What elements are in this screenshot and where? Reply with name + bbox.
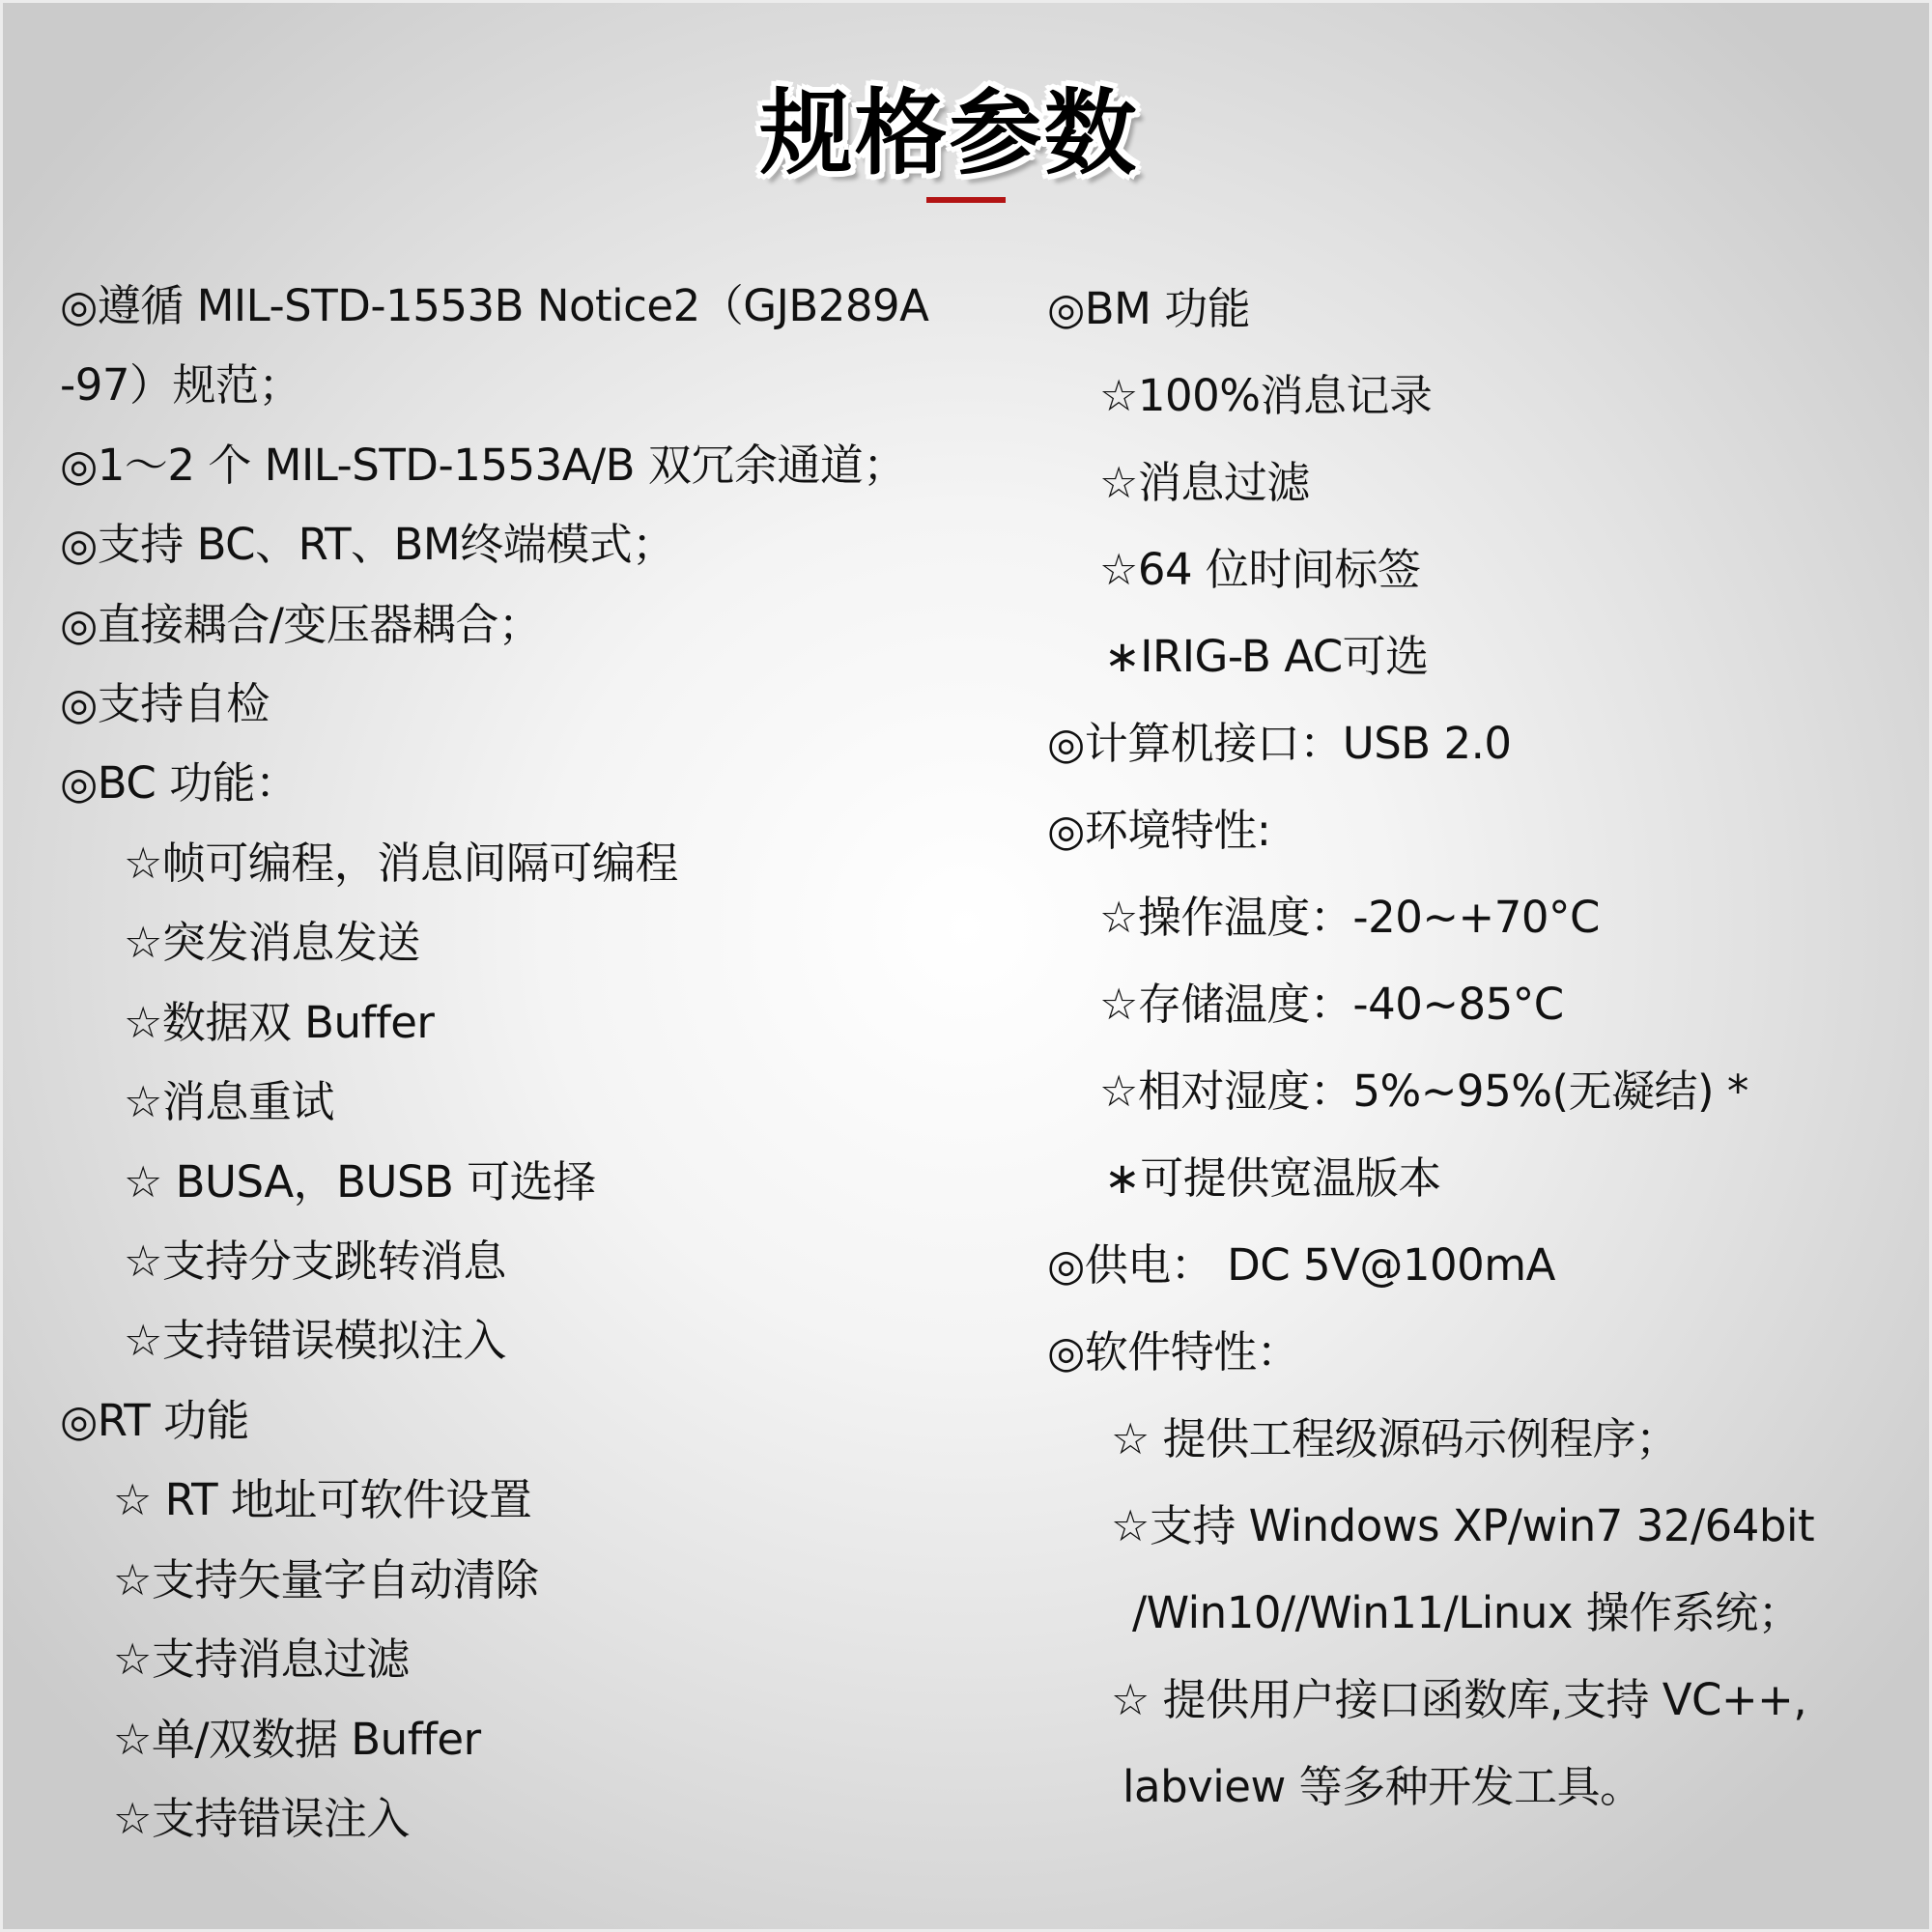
- spec-continuation-line: -97）规范；: [60, 356, 301, 414]
- spec-continuation-line: /Win10//Win11/Linux 操作系统；: [1132, 1584, 1801, 1642]
- spec-sub-item: ☆支持矢量字自动清除: [113, 1551, 538, 1609]
- spec-continuation-line: labview 等多种开发工具。: [1122, 1758, 1643, 1816]
- spec-note-item: ∗IRIG-B AC可选: [1104, 628, 1429, 686]
- spec-sub-item: ☆ 提供用户接口函数库,支持 VC++,: [1111, 1671, 1806, 1729]
- spec-sub-item: ☆消息重试: [124, 1073, 334, 1131]
- spec-note-item: ∗可提供宽温版本: [1104, 1150, 1441, 1207]
- spec-sub-item: ☆单/双数据 Buffer: [113, 1711, 481, 1769]
- spec-sub-item: ☆64 位时间标签: [1099, 541, 1420, 599]
- spec-heading-item: ◎1～2 个 MIL-STD-1553A/B 双冗余通道；: [60, 437, 906, 495]
- spec-heading-item: ◎遵循 MIL-STD-1553B Notice2（GJB289A: [60, 277, 928, 335]
- spec-heading-item: ◎支持自检: [60, 675, 270, 733]
- spec-heading-item: ◎BM 功能: [1047, 280, 1250, 338]
- spec-sub-item: ☆支持错误注入: [113, 1790, 410, 1848]
- spec-sub-item: ☆存储温度：-40~85°C: [1099, 976, 1564, 1034]
- spec-sub-item: ☆支持 Windows XP/win7 32/64bit: [1111, 1497, 1814, 1555]
- spec-sub-item: ☆突发消息发送: [124, 914, 420, 972]
- spec-sub-item: ☆ RT 地址可软件设置: [113, 1471, 531, 1529]
- spec-heading-item: ◎BC 功能：: [60, 754, 298, 812]
- spec-heading-item: ◎直接耦合/变压器耦合；: [60, 596, 541, 654]
- spec-sub-item: ☆ BUSA，BUSB 可选择: [124, 1153, 596, 1211]
- spec-sub-item: ☆帧可编程，消息间隔可编程: [124, 835, 678, 893]
- page-title: 规格参数: [0, 60, 1898, 192]
- spec-sub-item: ☆支持分支跳转消息: [124, 1233, 506, 1291]
- spec-heading-item: ◎RT 功能: [60, 1392, 249, 1450]
- spec-heading-item: ◎供电： DC 5V@100mA: [1047, 1236, 1555, 1294]
- spec-sub-item: ☆消息过滤: [1099, 454, 1310, 512]
- spec-heading-item: ◎计算机接口：USB 2.0: [1047, 715, 1512, 773]
- spec-sub-item: ☆相对湿度：5%~95%(无凝结) *: [1099, 1063, 1748, 1121]
- title-underline-divider: [926, 197, 1006, 203]
- spec-heading-item: ◎环境特性:: [1047, 802, 1270, 860]
- spec-sub-item: ☆操作温度：-20~+70°C: [1099, 889, 1600, 947]
- spec-heading-item: ◎支持 BC、RT、BM终端模式；: [60, 516, 675, 574]
- spec-sub-item: ☆数据双 Buffer: [124, 994, 434, 1052]
- spec-sub-item: ☆100%消息记录: [1099, 367, 1433, 425]
- spec-heading-item: ◎软件特性：: [1047, 1323, 1299, 1381]
- spec-sub-item: ☆支持错误模拟注入: [124, 1312, 506, 1370]
- spec-sub-item: ☆ 提供工程级源码示例程序；: [1111, 1410, 1679, 1468]
- spec-sub-item: ☆支持消息过滤: [113, 1631, 410, 1689]
